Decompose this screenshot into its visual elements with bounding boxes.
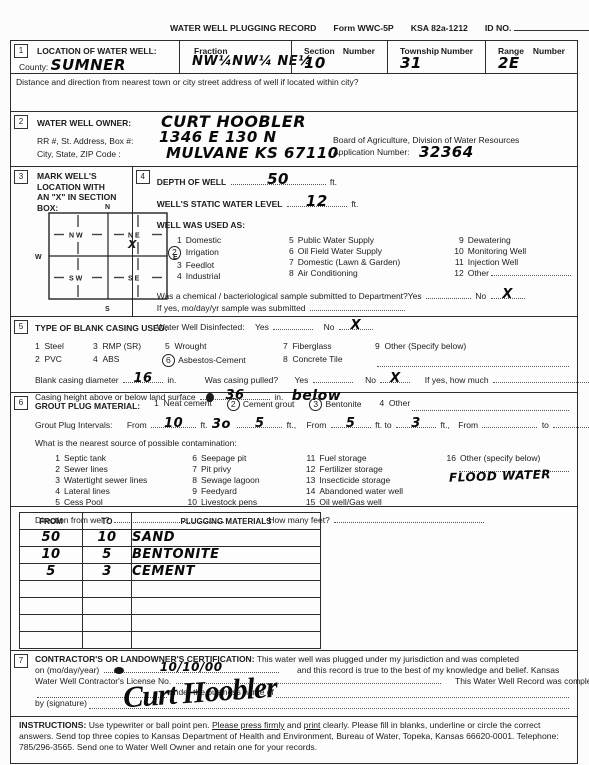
- list-item: 10Monitoring Well: [451, 246, 573, 257]
- casing-title: TYPE OF BLANK CASING USED:: [35, 323, 571, 333]
- section-3-4-row: 3 MARK WELL'S LOCATION WITH AN "X" IN SE…: [11, 167, 577, 317]
- grout-other-blank: [412, 403, 569, 411]
- circled-choice: 2: [168, 246, 181, 260]
- interval-3-from-blank: [482, 420, 537, 428]
- section-7-certification: 7 CONTRACTOR'S OR LANDOWNER'S CERTIFICAT…: [11, 651, 577, 717]
- list-item: 7Domestic (Lawn & Garden): [281, 257, 451, 268]
- quadrant-nw-label: N W: [69, 233, 83, 240]
- interval-1-from-handwriting: 10: [164, 416, 183, 431]
- table-row: [20, 615, 321, 632]
- interval-2-from-handwriting: 5: [346, 416, 356, 431]
- table-row: [20, 632, 321, 649]
- instructions-text: Use typewriter or ball point pen.: [86, 720, 212, 730]
- interval-1-to-handwriting: 5: [255, 416, 265, 431]
- table-row: 10 5 BENTONITE: [20, 547, 321, 564]
- list-item-circled-irrigation: 2Irrigation: [169, 246, 281, 260]
- certification-text-2: and this record is true to the best of m…: [297, 665, 559, 675]
- list-item: 8Sewage lagoon: [184, 475, 302, 486]
- depth-unit: ft.: [330, 177, 337, 187]
- no-label: No: [475, 291, 486, 301]
- list-item: 2Sewer lines: [47, 464, 184, 475]
- grout-title: GROUT PLUG MATERIAL:: [35, 401, 140, 411]
- id-no-label: ID NO.: [485, 22, 589, 33]
- distance-question: Distance and direction from nearest town…: [16, 77, 359, 87]
- list-item: 4 ABS: [93, 354, 165, 367]
- section-6-number-box: 6: [14, 396, 28, 410]
- list-item: 4Lateral lines: [47, 486, 184, 497]
- pulled-yes-blank: [313, 375, 353, 383]
- contamination-list: 1Septic tank 2Sewer lines 3Watertight se…: [35, 453, 571, 508]
- section-number-cell: Section Number 10: [291, 41, 387, 73]
- cell-handwriting: 10: [41, 547, 60, 562]
- static-level-handwriting: 12: [306, 192, 328, 210]
- table-row: 5 3 CEMENT: [20, 564, 321, 581]
- list-item: 5 Wrought: [165, 341, 283, 351]
- to-column-header: TO: [83, 513, 132, 530]
- sample-yes-blank: [426, 291, 471, 299]
- list-item: 7 Fiberglass: [283, 341, 375, 351]
- compass-north-label: N: [105, 204, 110, 211]
- section-1-number-box: 1: [14, 44, 28, 58]
- from-column-header: FROM: [20, 513, 83, 530]
- list-item: 3Feedlot: [169, 260, 281, 271]
- location-cell: 1 LOCATION OF WATER WELL: County: SUMNER: [11, 41, 179, 73]
- list-item-circled-bentonite: 3 Bentonite: [312, 398, 361, 411]
- list-item: 13Insecticide storage: [302, 475, 443, 486]
- section-5-number-box: 5: [14, 320, 28, 334]
- cell-handwriting: SAND: [132, 530, 175, 545]
- list-item: 5Public Water Supply: [281, 235, 451, 246]
- casing-type-row-2: 2 PVC 4 ABS 6 Asbestos-Cement 8 Concrete…: [35, 354, 571, 367]
- yes-label: Yes: [408, 291, 422, 301]
- grout-intervals-line: Grout Plug Intervals: From 10 ft. 3o 5 f…: [35, 417, 571, 432]
- range-cell: Range Number 2E: [485, 41, 577, 73]
- business-name-blank: [276, 690, 569, 698]
- cell-handwriting: BENTONITE: [132, 547, 220, 562]
- table-row: 50 10 SAND: [20, 530, 321, 547]
- cell-handwriting: 5: [46, 564, 56, 579]
- section-3-number-box: 3: [14, 170, 28, 184]
- interval-2-to-handwriting: 3: [411, 416, 421, 431]
- list-item: 8Air Conditioning: [281, 268, 451, 279]
- section-handwriting: 10: [304, 54, 387, 72]
- list-item: 12Fertilizer storage: [302, 464, 443, 475]
- scanned-form-page: WATER WELL PLUGGING RECORD Form WWC-5P K…: [0, 0, 589, 765]
- interval-2-from-blank: 5: [331, 420, 371, 428]
- interval-1-to-scrawl: 3o: [212, 417, 231, 432]
- cell-handwriting: 5: [102, 547, 112, 562]
- date-label: on (mo/day/year): [35, 665, 99, 675]
- application-number-label: Application Number:: [333, 147, 410, 157]
- flood-water-handwriting: FLOOD WATER: [449, 467, 551, 485]
- diameter-handwriting: 16: [133, 371, 152, 386]
- cell-handwriting: 3: [102, 564, 112, 579]
- list-item: 3Watertight sewer lines: [47, 475, 184, 486]
- instructions-underlined-2: print: [304, 720, 321, 730]
- interval-1-to-blank: 5: [237, 420, 282, 428]
- section-1-title: LOCATION OF WATER WELL:: [37, 46, 179, 56]
- list-item: 1 Steel: [35, 341, 93, 351]
- no-label: No: [365, 375, 376, 385]
- list-item: 1 Neat cement: [154, 398, 212, 411]
- township-number-label: Number: [441, 46, 473, 56]
- static-level-unit: ft.: [351, 199, 358, 209]
- address-label: RR #, St. Address, Box #:: [37, 136, 133, 146]
- pulled-no-x-mark: X: [390, 371, 401, 386]
- other-blank: [491, 268, 571, 276]
- diameter-blank: 16: [123, 375, 163, 383]
- township-cell: Township Number 31: [387, 41, 485, 73]
- sample-no-blank: X: [491, 291, 525, 299]
- form-number: Form WWC-5P: [333, 23, 393, 33]
- county-label: County:: [19, 62, 48, 72]
- range-number-label: Number: [533, 46, 565, 56]
- list-item: 4Industrial: [169, 271, 281, 282]
- list-item: 7Pit privy: [184, 464, 302, 475]
- cell-handwriting: 10: [97, 530, 116, 545]
- compass-west-label: W: [35, 254, 42, 261]
- depth-label: DEPTH OF WELL: [157, 177, 226, 187]
- application-number-handwriting: 32364: [419, 143, 474, 161]
- intervals-label: Grout Plug Intervals:: [35, 420, 112, 430]
- list-item-circled-cement-grout: 2 Cement grout: [230, 398, 295, 411]
- quadrant-sw-label: S W: [69, 276, 83, 283]
- static-level-label: WELL'S STATIC WATER LEVEL: [157, 199, 283, 209]
- form-header: WATER WELL PLUGGING RECORD Form WWC-5P K…: [170, 22, 589, 33]
- well-used-as-list: 1Domestic 2Irrigation 3Feedlot 4Industri…: [157, 235, 573, 282]
- static-level-blank: 12: [287, 199, 347, 207]
- county-line: County: SUMNER: [19, 56, 179, 74]
- list-item-circled-asbestos: 6 Asbestos-Cement: [165, 354, 283, 367]
- cell-handwriting: CEMENT: [132, 564, 195, 579]
- list-item: 16Other (specify below): [443, 453, 571, 464]
- form-title: WATER WELL PLUGGING RECORD: [170, 23, 316, 33]
- sample-date-label: If yes, mo/day/yr sample was submitted: [157, 303, 306, 313]
- depth-blank: 50: [231, 177, 326, 185]
- table-row: [20, 581, 321, 598]
- diameter-label: Blank casing diameter: [35, 375, 119, 385]
- certification-text-1: This water well was plugged under my jur…: [257, 654, 519, 664]
- plugging-materials-table: FROM TO PLUGGING MATERIALS 50 10 SAND 10…: [19, 512, 321, 649]
- diameter-unit: in.: [167, 375, 176, 385]
- section-4-well-info: 4 DEPTH OF WELL 50 ft. WELL'S STATIC WAT…: [133, 167, 577, 316]
- fraction-handwriting: NW¼NW¼ NE¼: [192, 54, 291, 69]
- how-much-blank: [493, 375, 589, 383]
- list-item: 9Dewatering: [451, 235, 573, 246]
- ink-blot-mark: [114, 667, 124, 674]
- section-1-location: 1 LOCATION OF WATER WELL: County: SUMNER…: [11, 41, 577, 112]
- how-much-label: If yes, how much: [425, 375, 489, 385]
- list-item: 8 Concrete Tile: [283, 354, 375, 367]
- statute-number: KSA 82a-1212: [411, 23, 468, 33]
- list-item: 6Oil Field Water Supply: [281, 246, 451, 257]
- list-item: 1Septic tank: [47, 453, 184, 464]
- list-item: 2 PVC: [35, 354, 93, 367]
- contamination-question: What is the nearest source of possible c…: [35, 438, 571, 448]
- record-completed-label: This Water Well Record was completed on …: [455, 676, 589, 686]
- interval-1-from-blank: 10: [151, 420, 196, 428]
- sample-question: Was a chemical / bacteriological sample …: [157, 291, 408, 301]
- fraction-cell: Fraction NW¼NW¼ NE¼: [179, 41, 291, 73]
- owner-title: WATER WELL OWNER:: [37, 118, 131, 128]
- list-item: 9 Other (Specify below): [375, 341, 571, 351]
- signature-label: by (signature): [35, 698, 87, 709]
- table-row: [20, 598, 321, 615]
- section-4-number-box: 4: [136, 170, 150, 184]
- list-item: 11Fuel storage: [302, 453, 443, 464]
- sample-date-blank: [310, 303, 405, 311]
- form-body: 1 LOCATION OF WATER WELL: County: SUMNER…: [10, 40, 578, 764]
- range-handwriting: 2E: [498, 54, 577, 72]
- used-as-label: WELL WAS USED AS:: [157, 220, 573, 230]
- section-5-casing: 5 TYPE OF BLANK CASING USED: 1 Steel 3 R…: [11, 317, 577, 393]
- id-no-blank-line: [514, 22, 589, 31]
- city-label: City, State, ZIP Code :: [37, 149, 121, 159]
- depth-handwriting: 50: [267, 170, 289, 188]
- section-2-number-box: 2: [14, 115, 28, 129]
- pulled-no-blank: X: [380, 375, 410, 383]
- sample-no-x-mark: X: [502, 287, 513, 302]
- circled-choice: 2: [227, 398, 240, 411]
- township-handwriting: 31: [400, 54, 485, 72]
- list-item: 3 RMP (SR): [93, 341, 165, 351]
- circled-choice: 6: [162, 354, 175, 367]
- interval-2-to-blank: 3: [396, 420, 436, 428]
- pulled-question: Was casing pulled?: [205, 375, 278, 385]
- compass-south-label: S: [105, 306, 110, 313]
- county-handwriting: SUMNER: [51, 56, 126, 74]
- list-item: 9Feedyard: [184, 486, 302, 497]
- interval-3-to-blank: [553, 420, 589, 428]
- section-6-grout: 6 GROUT PLUG MATERIAL: 1 Neat cement 2 C…: [11, 393, 577, 507]
- list-item: 11Injection Well: [451, 257, 573, 268]
- list-item: 4 Other: [379, 398, 410, 411]
- city-handwriting: MULVANE KS 67110: [166, 144, 339, 162]
- list-item: 6Seepage pit: [184, 453, 302, 464]
- casing-type-row-1: 1 Steel 3 RMP (SR) 5 Wrought 7 Fiberglas…: [35, 341, 571, 351]
- section-3-mark-location: 3 MARK WELL'S LOCATION WITH AN "X" IN SE…: [11, 167, 133, 316]
- circled-choice: 3: [309, 398, 322, 411]
- list-item: 14Abandoned water well: [302, 486, 443, 497]
- yes-label: Yes: [295, 375, 309, 385]
- section-2-owner: 2 WATER WELL OWNER: CURT HOOBLER RR #, S…: [11, 112, 577, 167]
- other-specify-blank: [377, 359, 569, 367]
- cell-handwriting: 50: [41, 530, 60, 545]
- list-item: 1Domestic: [169, 235, 281, 246]
- grout-material-list: 1 Neat cement 2 Cement grout 3 Bentonite…: [154, 398, 410, 411]
- section-number-label: Number: [343, 46, 375, 56]
- instructions-underlined-1: Please press firmly: [212, 720, 285, 730]
- list-item: 12Other: [451, 268, 573, 279]
- instructions-section: INSTRUCTIONS: Use typewriter or ball poi…: [11, 717, 577, 763]
- materials-column-header: PLUGGING MATERIALS: [132, 513, 321, 530]
- distance-question-row: Distance and direction from nearest town…: [11, 73, 577, 111]
- table-header-row: FROM TO PLUGGING MATERIALS: [20, 513, 321, 530]
- instructions-title: INSTRUCTIONS:: [19, 720, 86, 730]
- section-7-number-box: 7: [14, 654, 28, 668]
- plugging-table-section: FROM TO PLUGGING MATERIALS 50 10 SAND 10…: [11, 507, 577, 651]
